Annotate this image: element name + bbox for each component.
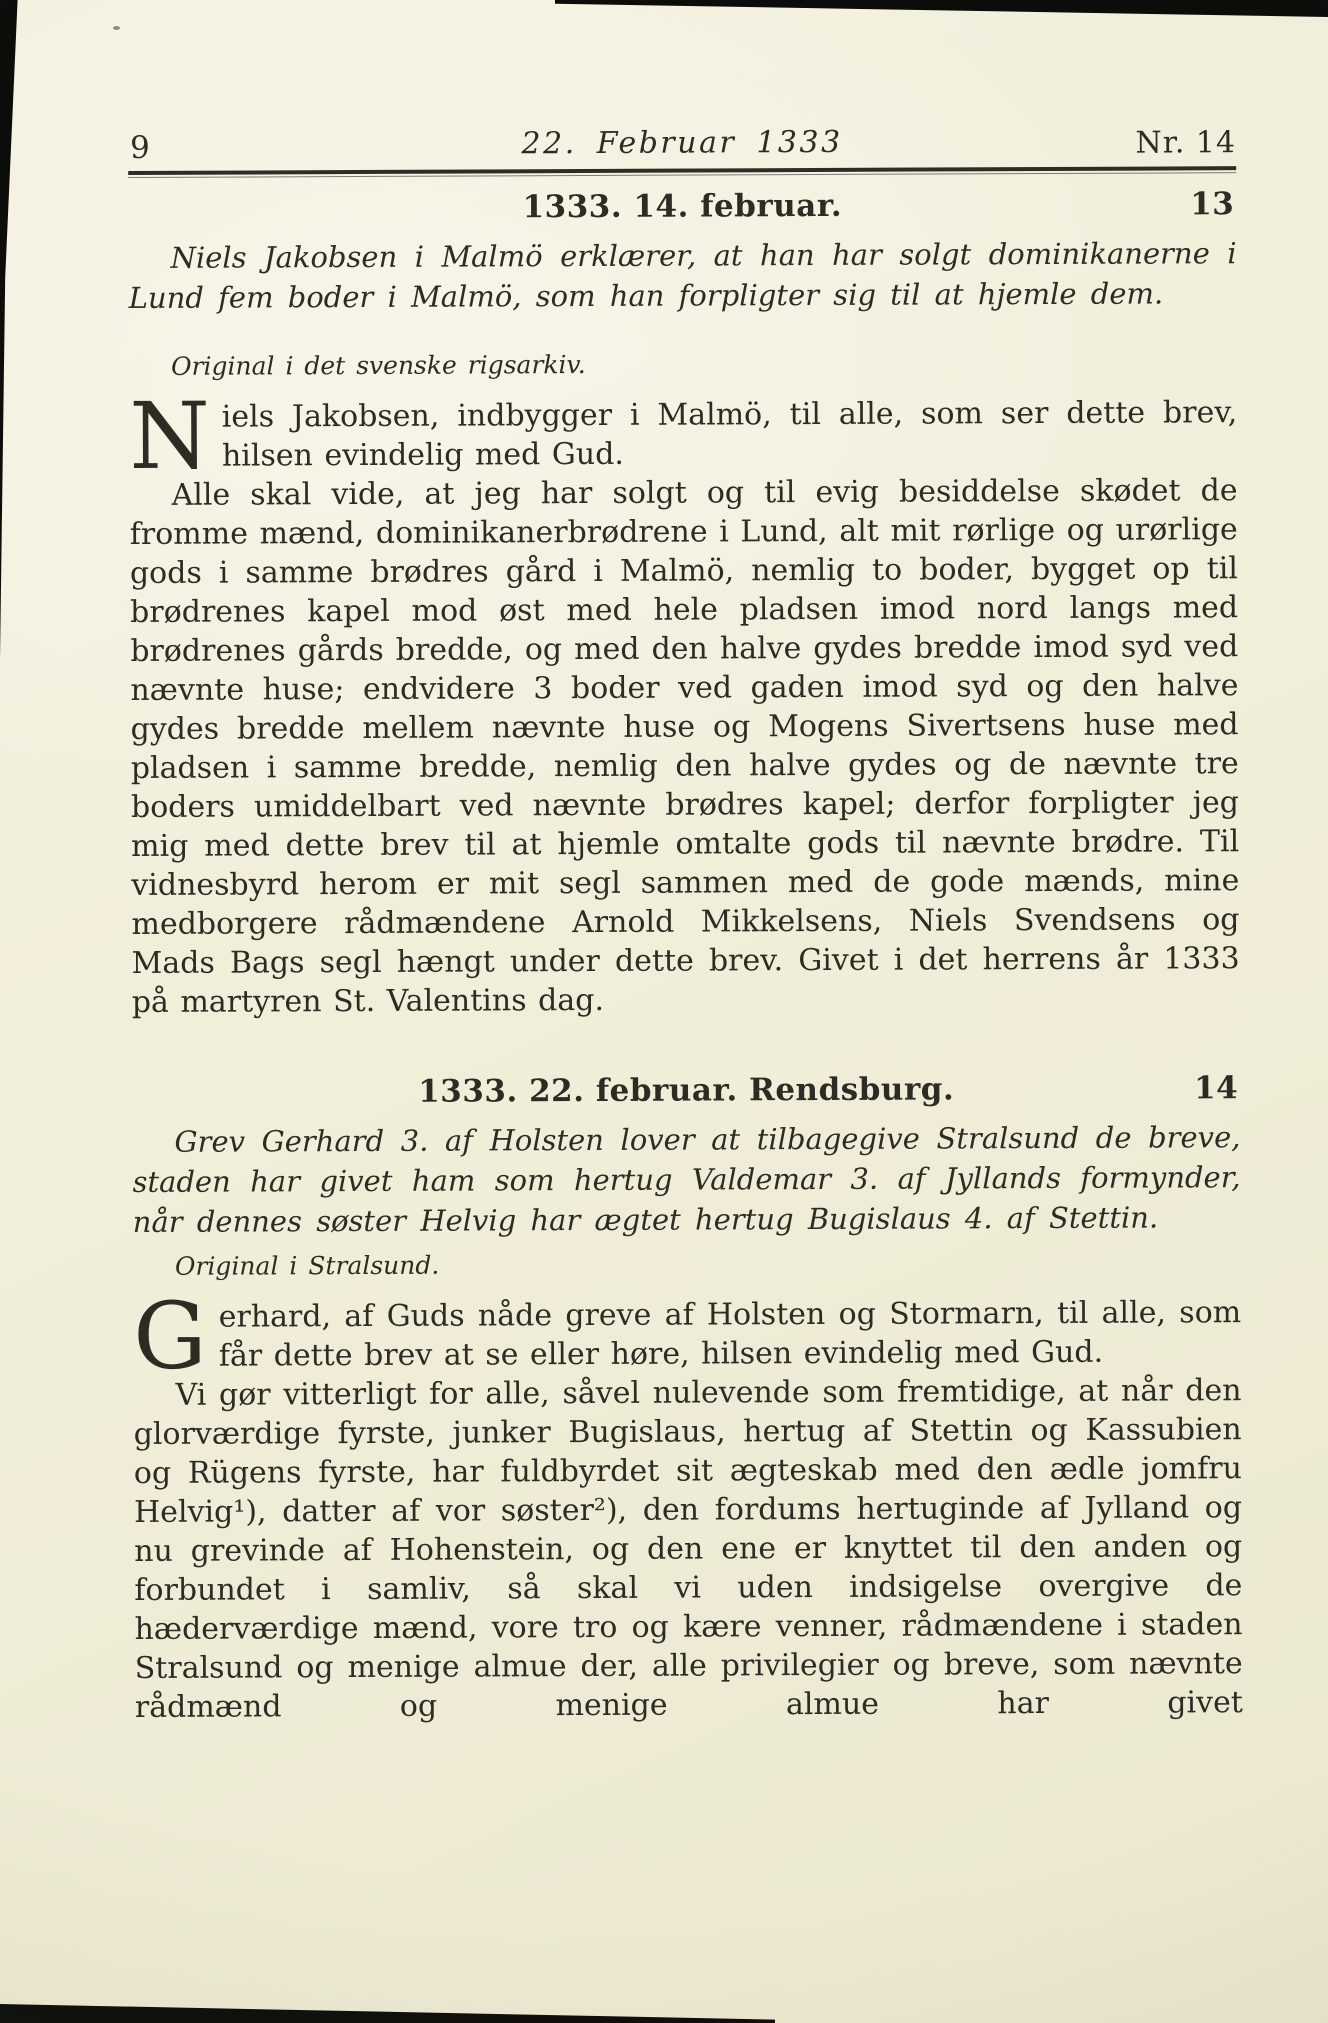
drop-cap: G	[133, 1300, 207, 1374]
entry-salutation: Niels Jakobsen, indbygger i Malmö, til a…	[129, 393, 1237, 476]
entry-14: 1333. 22. februar. Rendsburg. 14 Grev Ge…	[132, 1072, 1243, 1727]
issue-number: Nr. 14	[1135, 127, 1236, 159]
text-column: 9 22. Februar 1333 Nr. 14 1333. 14. febr…	[128, 125, 1243, 1727]
entry-summary: Niels Jakobsen i Malmö erklærer, at han …	[128, 233, 1236, 318]
entry-heading: 1333. 22. februar. Rendsburg. 14	[132, 1072, 1240, 1110]
entry-date-heading: 1333. 22. februar. Rendsburg.	[418, 1071, 954, 1109]
entry-body: Alle skal vide, at jeg har solgt og til …	[130, 471, 1240, 1022]
entry-heading: 1333. 14. februar. 13	[128, 188, 1236, 226]
entry-summary: Grev Gerhard 3. af Holsten lover at tilb…	[132, 1117, 1241, 1242]
entry-13: 1333. 14. februar. 13 Niels Jakobsen i M…	[128, 188, 1240, 1022]
entry-number: 13	[1190, 188, 1234, 221]
header-rule	[128, 166, 1236, 178]
running-title: 22. Februar 1333	[128, 125, 1236, 162]
scan-edge-bottom	[0, 2004, 775, 2023]
scan-edge-top	[555, 0, 1328, 17]
entry-body: Vi gør vitterligt for alle, såvel nuleve…	[133, 1371, 1243, 1727]
entry-source: Original i Stralsund.	[133, 1247, 1241, 1282]
scanned-book-page: 9 22. Februar 1333 Nr. 14 1333. 14. febr…	[0, 0, 1328, 2023]
scan-edge-left	[0, 0, 20, 660]
entry-date-heading: 1333. 14. februar.	[522, 188, 842, 225]
entry-number: 14	[1194, 1072, 1238, 1105]
scan-speck	[113, 26, 120, 30]
entry-source: Original i det svenske rigsarkiv.	[129, 347, 1237, 382]
running-head: 9 22. Februar 1333 Nr. 14	[128, 125, 1236, 164]
drop-cap: N	[129, 400, 210, 474]
salutation-text: erhard, af Guds nåde greve af Holsten og…	[219, 1295, 1242, 1373]
entry-salutation: Gerhard, af Guds nåde greve af Holsten o…	[133, 1293, 1241, 1376]
salutation-text: iels Jakobsen, indbygger i Malmö, til al…	[222, 395, 1238, 473]
